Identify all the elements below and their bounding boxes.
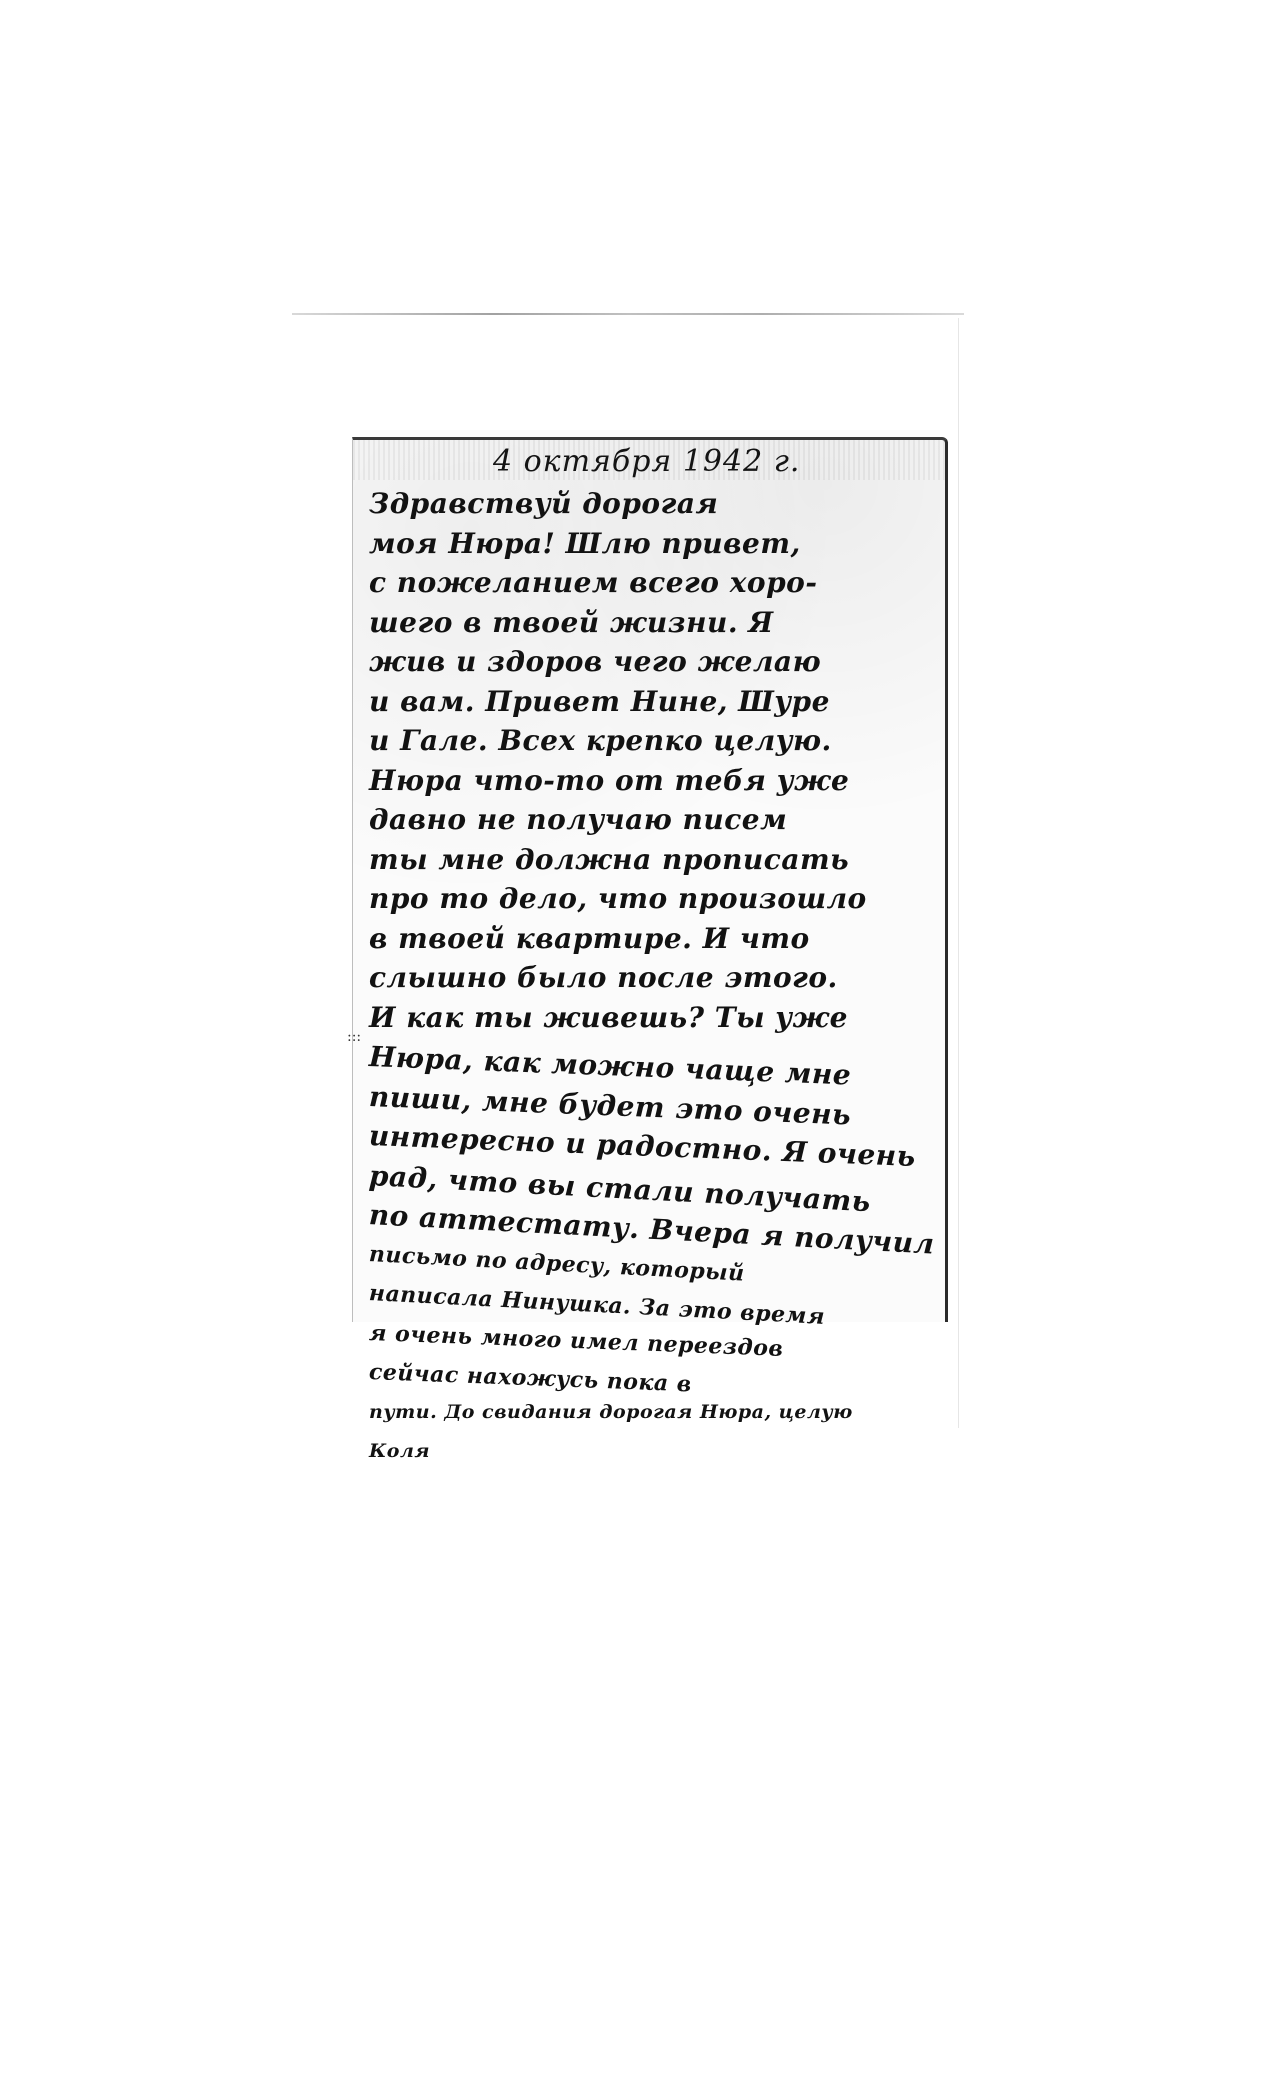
- letter-line: Здравствуй дорогая: [369, 484, 935, 524]
- letter-line: жив и здоров чего желаю: [369, 642, 935, 682]
- letter-line: в твоей квартире. И что: [369, 919, 935, 959]
- scan-top-rule: [292, 313, 964, 315]
- letter-line: ты мне должна прописать: [369, 840, 935, 880]
- letter-signature: Коля: [369, 1432, 935, 1472]
- handwritten-letter: 4 октября 1942 г. ::: Здравствуй дорогая…: [352, 437, 948, 1322]
- letter-line: про то дело, что произошло: [369, 879, 935, 919]
- letter-line: и Гале. Всех крепко целую.: [369, 721, 935, 761]
- letter-line: шего в твоей жизни. Я: [369, 603, 935, 643]
- letter-body: Здравствуй дорогая моя Нюра! Шлю привет,…: [369, 484, 935, 1472]
- letter-line: слышно было после этого.: [369, 958, 935, 998]
- scan-page-edge: [958, 318, 959, 1428]
- letter-line: моя Нюра! Шлю привет,: [369, 524, 935, 564]
- letter-line: давно не получаю писем: [369, 800, 935, 840]
- margin-marks: :::: [347, 1030, 357, 1044]
- letter-line: Нюра что-то от тебя уже: [369, 761, 935, 801]
- letter-date: 4 октября 1942 г.: [493, 444, 800, 479]
- letter-line: И как ты живешь? Ты уже: [369, 998, 935, 1038]
- letter-line: и вам. Привет Нине, Шуре: [369, 682, 935, 722]
- letter-line: с пожеланием всего хоро-: [369, 563, 935, 603]
